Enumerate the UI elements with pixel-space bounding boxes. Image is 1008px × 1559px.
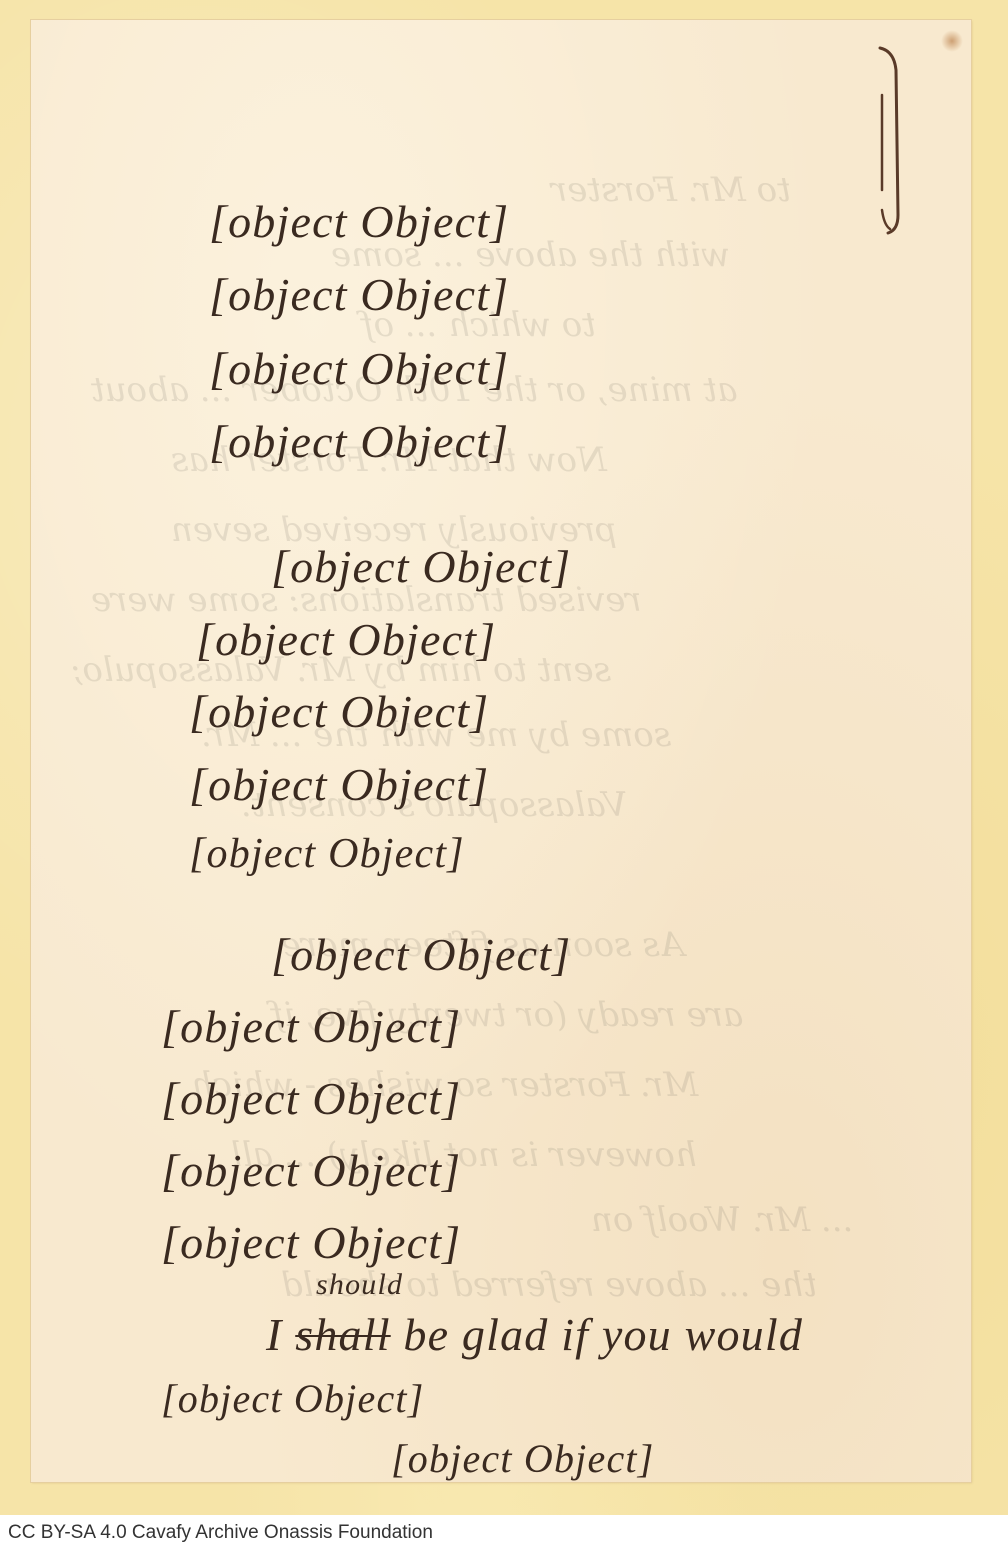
letter-line: [object Object] (209, 268, 509, 321)
letter-page: to Mr. Forster with the above ... some t… (31, 20, 971, 1482)
struck-word: shall (295, 1309, 390, 1360)
inserted-correction: should (316, 1268, 403, 1302)
line-prefix: I (266, 1309, 283, 1360)
letter-line: [object Object] (161, 1000, 461, 1053)
letter-line: [object Object] (196, 613, 496, 666)
letter-line: [object Object] (271, 540, 571, 593)
letter-line: [object Object] (189, 830, 465, 878)
rust-stain (941, 30, 963, 52)
line-rest: be glad if you would (403, 1309, 803, 1360)
closing-salutation: [object Object] (391, 1435, 655, 1482)
bleed-line: ... Mr. Woolf on (591, 1200, 853, 1240)
letter-line: [object Object] (189, 685, 489, 738)
paperclip-rust-mark (876, 45, 910, 235)
letter-line: [object Object] (189, 758, 489, 811)
letter-line: [object Object] (161, 1216, 461, 1269)
bleed-line: to Mr. Forster (551, 170, 791, 210)
letter-line: [object Object] (271, 928, 571, 981)
letter-line: [object Object] (209, 342, 509, 395)
letter-line: [object Object] (209, 195, 509, 248)
license-credit: CC BY-SA 4.0 Cavafy Archive Onassis Foun… (8, 1522, 433, 1544)
letter-line: [object Object] (161, 1144, 461, 1197)
letter-line-corrected: I shall be glad if you would (266, 1308, 803, 1361)
letter-line: [object Object] (209, 415, 509, 468)
letter-line: [object Object] (161, 1072, 461, 1125)
letter-line: [object Object] (161, 1375, 425, 1422)
